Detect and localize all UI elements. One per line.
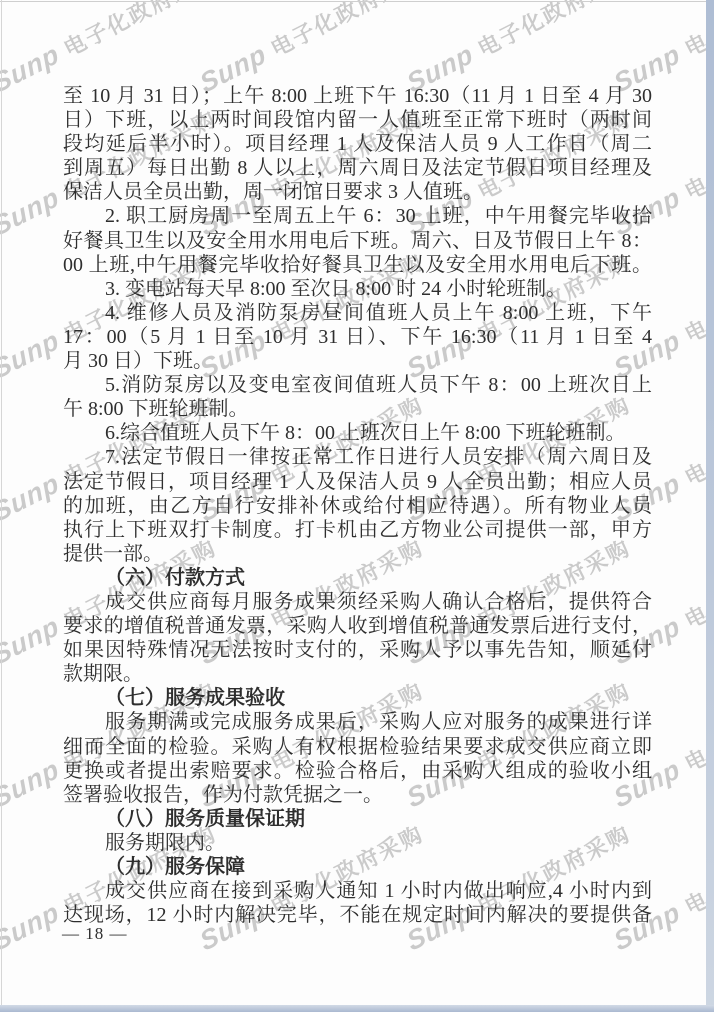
page-number: — 18 — [62,924,128,944]
text-line: 服务期限内。 [63,831,652,855]
text-line: 4. 维修人员及消防泵房昼间值班人员上午 8:00 上班，下午 [63,301,652,325]
watermark-logo: Sunp [0,896,64,958]
text-line: 月 30 日）下班。 [63,349,652,373]
text-line: 的加班，由乙方自行安排补休或给付相应待遇）。所有物业人员 [63,494,652,518]
page-edge-top [0,1,706,2]
page-edge-bottom [0,1005,714,1012]
text-line: 17：00（5 月 1 日至 10 月 31 日）、下午 16:30（11 月 … [63,325,652,349]
document-page: Sunp 电子化政府采购Sunp 电子化政府采购Sunp 电子化政府采购Sunp… [0,0,714,1012]
text-line: 00 上班,中午用餐完毕收拾好餐具卫生以及安全用水用电后下班。 [63,253,652,277]
text-line: 签署验收报告，作为付款凭据之一。 [63,783,652,807]
text-line: 5.消防泵房以及变电室夜间值班人员下午 8：00 上班次日上 [63,373,652,397]
text-line: 到周五）每日出勤 8 人以上，周六周日及法定节假日项目经理及 [63,156,652,180]
text-line: 至 10 月 31 日）；上午 8:00 上班下午 16:30（11 月 1 日… [63,84,652,108]
text-line: 7.法定节假日一律按正常工作日进行人员安排（周六周日及 [63,445,652,469]
text-line: 日）下班，以上两时间段馆内留一人值班至正常下班时（两时间 [63,108,652,132]
text-line: 执行上下班双打卡制度。打卡机由乙方物业公司提供一部，甲方 [63,518,652,542]
section-heading: （六）付款方式 [63,566,652,590]
text-line: 服务期满或完成服务成果后，采购人应对服务的成果进行详 [63,710,652,734]
watermark-logo: Sunp [0,753,64,815]
text-line: 更换或者提出索赔要求。检验合格后，由采购人组成的验收小组 [63,759,652,783]
section-heading: （九）服务保障 [63,855,652,879]
text-line: 3. 变电站每天早 8:00 至次日 8:00 时 24 小时轮班制。 [63,277,652,301]
page-edge-right [706,0,714,1012]
watermark-logo: Sunp [0,38,64,100]
watermark-logo: Sunp [0,467,64,529]
text-line: 好餐具卫生以及安全用水用电后下班。周六、日及节假日上午 8： [63,229,652,253]
text-line: 成交供应商在接到采购人通知 1 小时内做出响应,4 小时内到 [63,879,652,903]
text-line: 保洁人员全员出勤，周一闭馆日要求 3 人值班。 [63,180,652,204]
text-line: 法定节假日，项目经理 1 人及保洁人员 9 人全员出勤；相应人员 [63,470,652,494]
document-body: 至 10 月 31 日）；上午 8:00 上班下午 16:30（11 月 1 日… [63,84,652,927]
text-line: 6.综合值班人员下午 8：00 上班次日上午 8:00 下班轮班制。 [63,421,652,445]
text-line: 细而全面的检验。采购人有权根据检验结果要求成交供应商立即 [63,735,652,759]
watermark-text: 电子化政府采购 [467,0,635,65]
page-edge-left [1,0,2,1005]
text-line: 要求的增值税普通发票，采购人收到增值税普通发票后进行支付， [63,614,652,638]
section-heading: （八）服务质量保证期 [63,807,652,831]
section-heading: （七）服务成果验收 [63,686,652,710]
watermark-logo: Sunp [0,324,64,386]
watermark-text: 电子化政府采购 [260,0,428,65]
text-line: 2. 职工厨房周一至周五上午 6：30 上班，中午用餐完毕收拾 [63,204,652,228]
text-line: 段均延后半小时）。项目经理 1 人及保洁人员 9 人工作日（周二 [63,132,652,156]
watermark-text: 电子化政府采购 [53,0,221,65]
watermark-logo: Sunp [0,181,64,243]
text-line: 午 8:00 下班轮班制。 [63,397,652,421]
text-line: 提供一部。 [63,542,652,566]
text-line: 款期限。 [63,662,652,686]
text-line: 如果因特殊情况无法按时支付的，采购人予以事先告知，顺延付 [63,638,652,662]
text-line: 达现场，12 小时内解决完毕，不能在规定时间内解决的要提供备 [63,903,652,927]
watermark-logo: Sunp [0,610,64,672]
text-line: 成交供应商每月服务成果须经采购人确认合格后，提供符合 [63,590,652,614]
